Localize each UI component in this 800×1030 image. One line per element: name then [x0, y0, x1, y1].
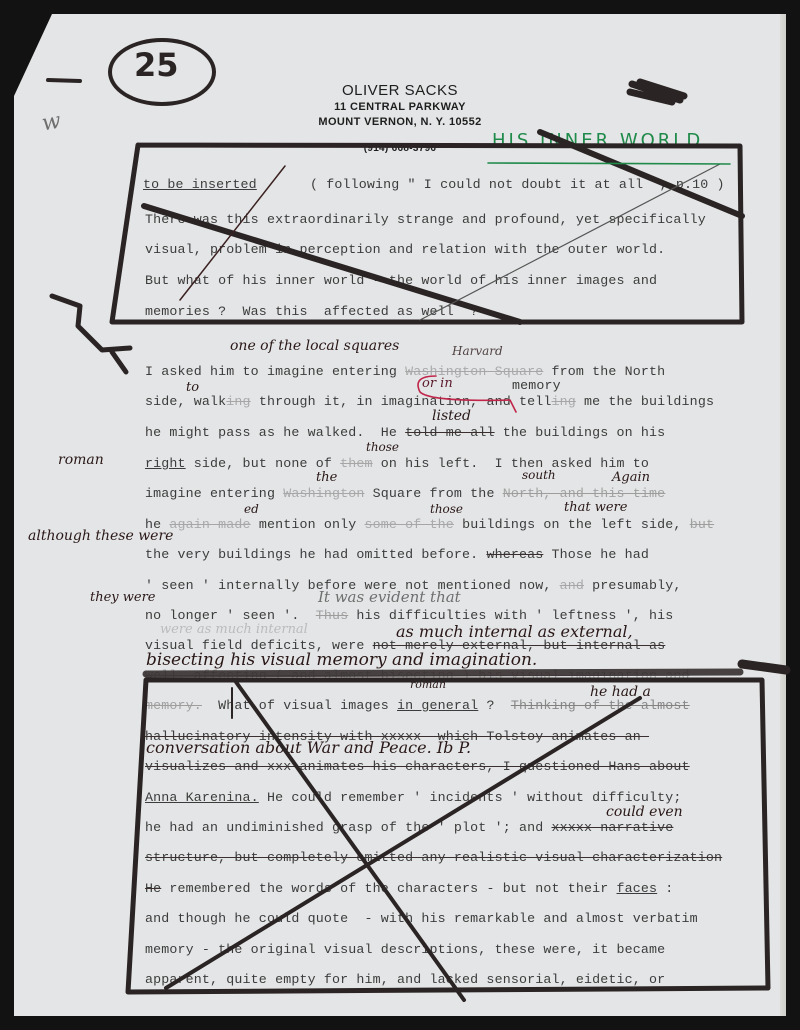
- annotation-although: although these were: [28, 528, 173, 544]
- annotation-roman-2: roman: [410, 678, 446, 691]
- annotation-they-were: they were: [90, 590, 156, 605]
- annotation-conversation: conversation about War and Peace. Ib P.: [146, 738, 471, 757]
- page-number: 25: [134, 46, 179, 84]
- body-line: I asked him to imagine entering Washingt…: [145, 364, 665, 379]
- letterhead-name: OLIVER SACKS: [0, 82, 800, 99]
- annotation-roman: roman: [58, 452, 104, 468]
- body-line: he again made mention only some of the b…: [145, 517, 714, 532]
- body-line: the very buildings he had omitted before…: [145, 547, 649, 562]
- crossed-line: Anna Karenina. He could remember ' incid…: [145, 790, 682, 805]
- crossed-line: and though he could quote - with his rem…: [145, 911, 698, 926]
- annotation-pencil-faint: were as much internal: [160, 622, 308, 637]
- annotation-to: to: [186, 380, 199, 395]
- crossed-line: apparent, quite empty for him, and lacke…: [145, 972, 665, 987]
- annotation-ed: ed: [244, 502, 259, 516]
- annotation-could-even: could even: [606, 804, 683, 820]
- insert-line: There was this extraordinarily strange a…: [145, 212, 706, 227]
- annotation-memory: memory: [512, 378, 561, 393]
- annotation-those-2: those: [430, 502, 463, 516]
- body-line: no longer ' seen '. Thus his difficultie…: [145, 608, 673, 623]
- crossed-line: structure, but completely omitted any re…: [145, 850, 722, 865]
- insert-line: ( following " I could not doubt it at al…: [310, 177, 725, 192]
- crossed-line: He remembered the words of the character…: [145, 881, 673, 896]
- insert-line: visual, problem in perception and relati…: [145, 242, 665, 257]
- body-line: side, walking through it, in imagination…: [145, 394, 714, 409]
- letterhead-address-2: MOUNT VERNON, N. Y. 10552: [0, 116, 800, 128]
- insert-line: memories ? Was this affected as well ?: [145, 304, 478, 319]
- manuscript-page: [14, 14, 786, 1016]
- annotation-crossed-place: Harvard: [452, 344, 503, 358]
- body-line: imagine entering Washington Square from …: [145, 486, 665, 501]
- annotation-internal-external: as much internal as external,: [396, 622, 633, 641]
- annotation-evident: It was evident that: [318, 588, 461, 606]
- crossed-line: memory - the original visual description…: [145, 942, 665, 957]
- crossed-line: visualizes and xxx animates his characte…: [145, 759, 690, 774]
- crossed-line: he had an undiminished grasp of the ' pl…: [145, 820, 673, 835]
- annotation-he-had-a: he had a: [590, 684, 651, 700]
- heading-annotation: HIS INNER WORLD: [492, 130, 703, 151]
- annotation-those: those: [366, 440, 399, 454]
- body-line: he might pass as he walked. He told me a…: [145, 425, 665, 440]
- annotation-bisecting: bisecting his visual memory and imaginat…: [146, 650, 537, 670]
- annotation-the: the: [316, 470, 337, 485]
- letterhead-address-1: 11 CENTRAL PARKWAY: [0, 101, 800, 113]
- insert-label: to be inserted: [143, 177, 257, 192]
- insert-line: But what of his inner world - the world …: [145, 273, 657, 288]
- annotation-that-were: that were: [564, 500, 627, 515]
- annotation-local-square: one of the local squares: [230, 338, 399, 354]
- crossed-line: memory. What of visual images in general…: [145, 698, 690, 713]
- annotation-or-in: or in: [422, 376, 453, 391]
- annotation-south: south: [522, 468, 556, 482]
- body-line: right side, but none of them on his left…: [145, 456, 649, 471]
- annotation-listed: listed: [432, 408, 471, 424]
- annotation-again: Again: [612, 470, 650, 485]
